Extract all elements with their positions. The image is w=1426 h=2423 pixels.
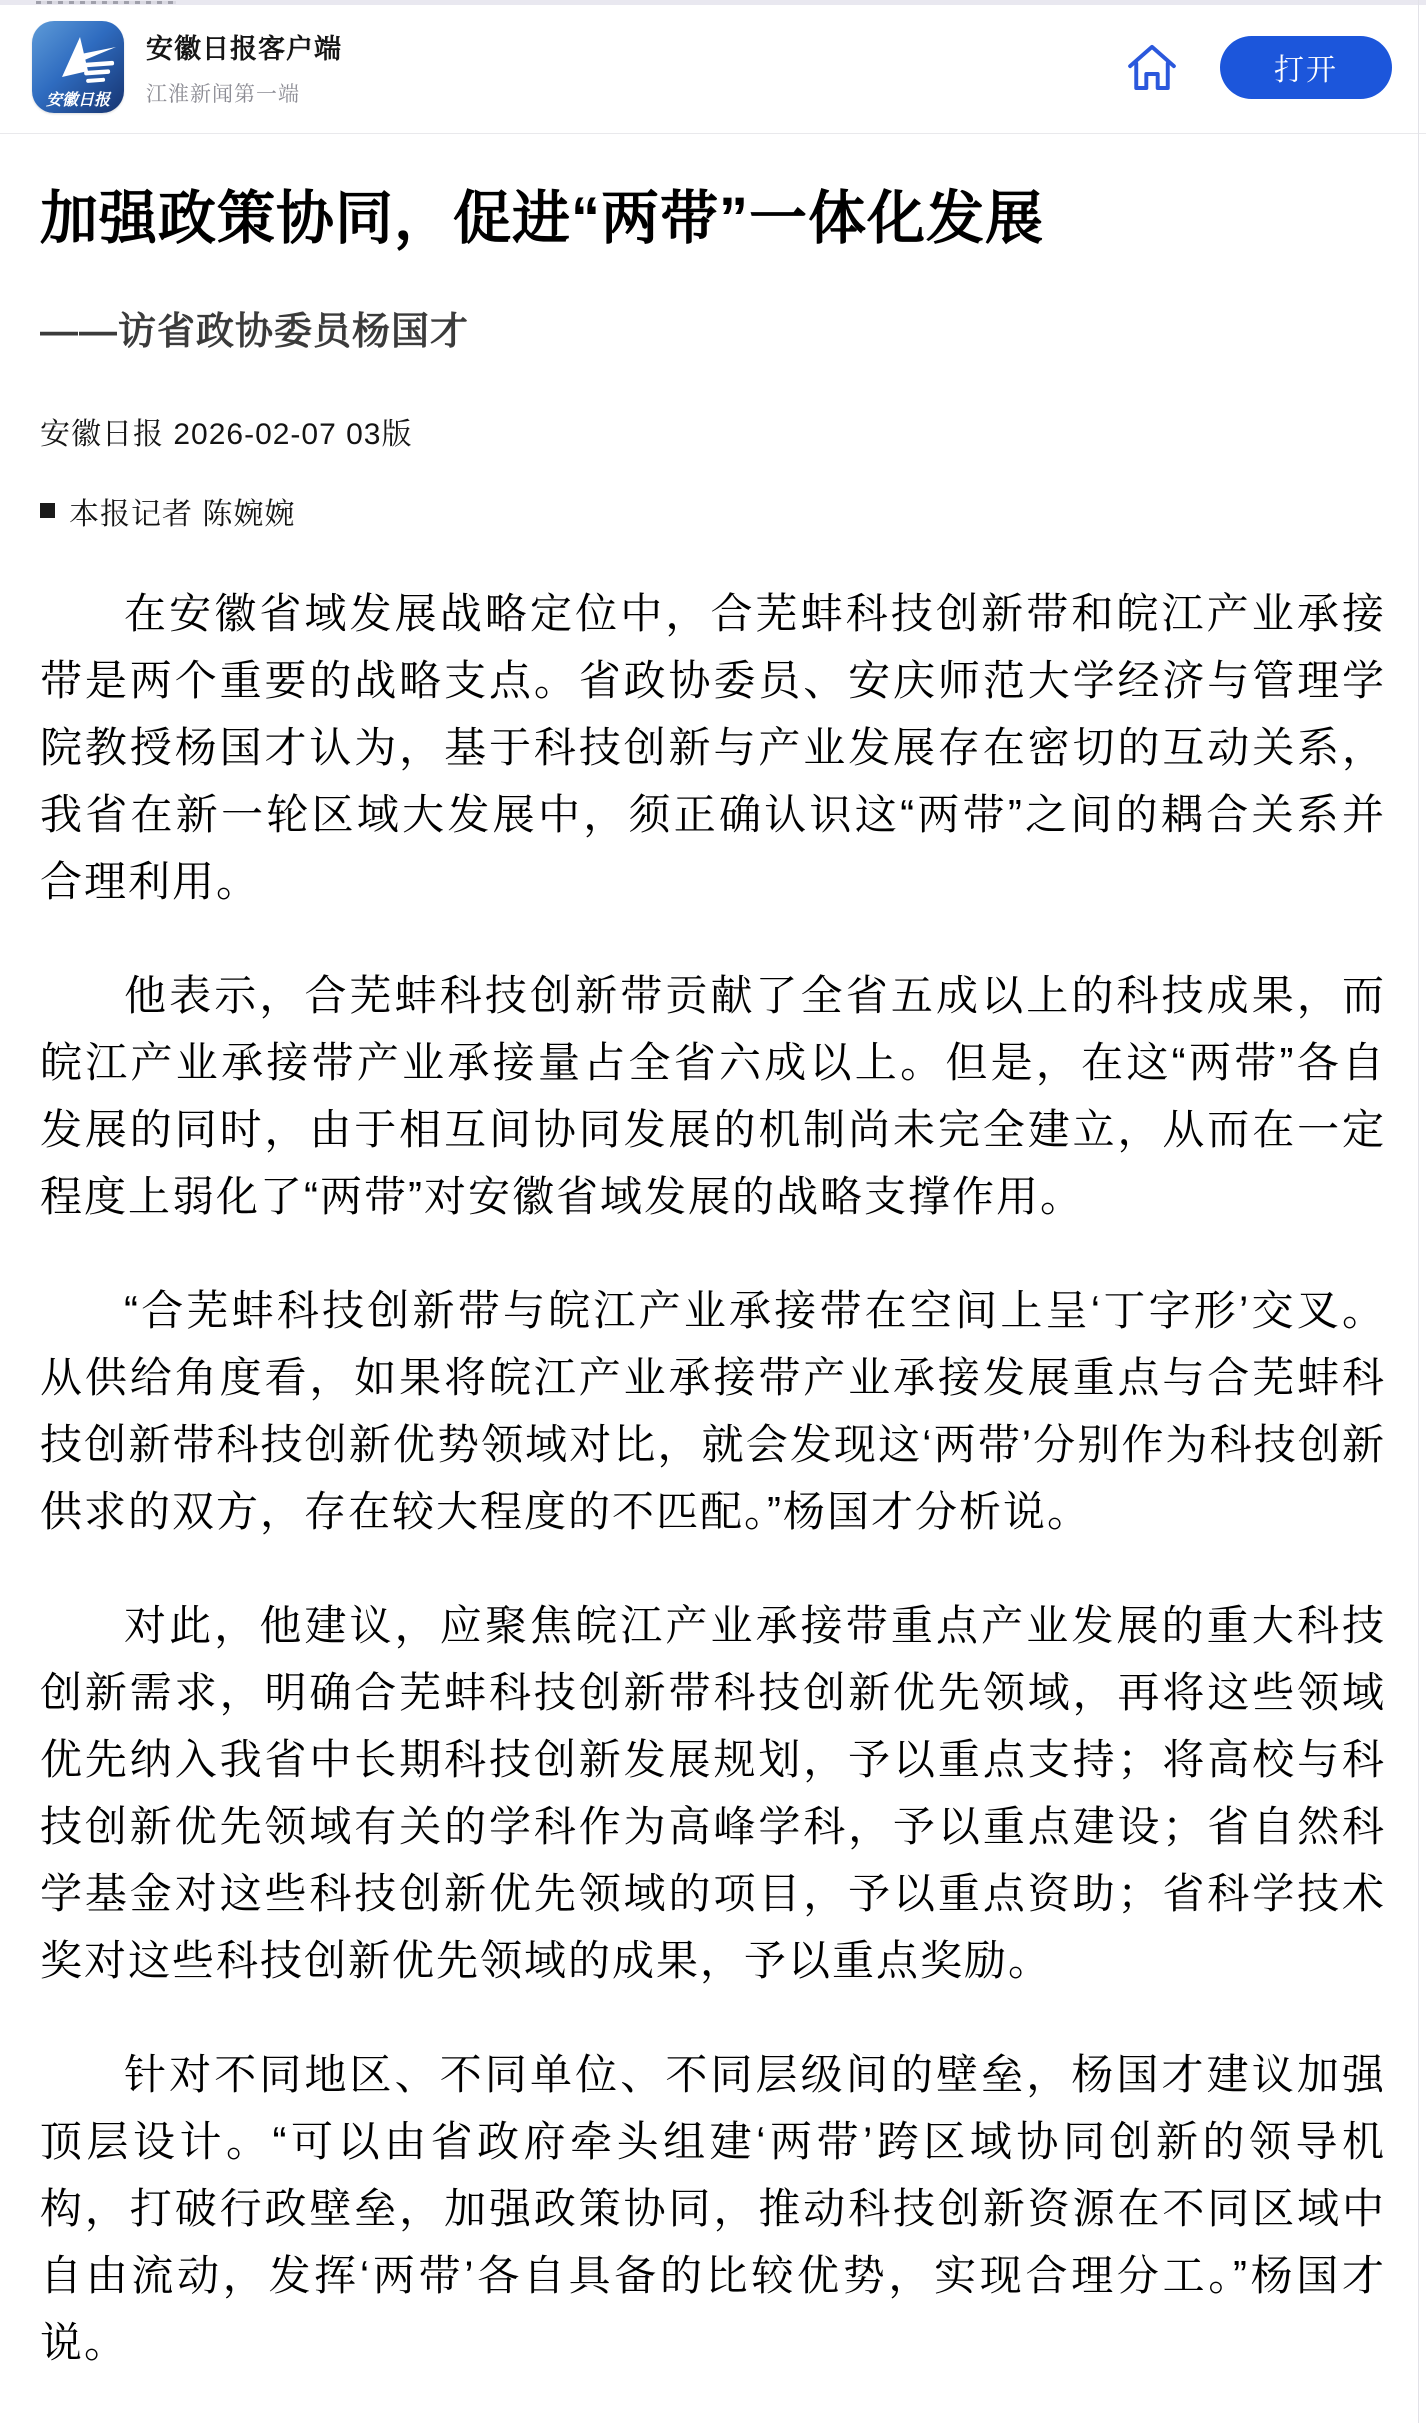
home-icon: [1124, 39, 1180, 95]
paragraph-4: 对此，他建议，应聚焦皖江产业承接带重点产业发展的重大科技创新需求，明确合芜蚌科技…: [40, 1592, 1386, 1994]
article-title: 加强政策协同，促进“两带”一体化发展: [40, 184, 1386, 254]
article-content: 加强政策协同，促进“两带”一体化发展 ——访省政协委员杨国才 安徽日报 2026…: [0, 184, 1426, 2376]
article-subtitle: ——访省政协委员杨国才: [40, 300, 1386, 355]
app-logo-icon[interactable]: 安徽日报: [32, 21, 124, 113]
article-page: 安徽日报 安徽日报客户端 江淮新闻第一端 打开 加强政策协同，促进“两带”一体化…: [0, 0, 1426, 2423]
app-tagline: 江淮新闻第一端: [146, 78, 342, 108]
paragraph-1: 在安徽省域发展战略定位中，合芜蚌科技创新带和皖江产业承接带是两个重要的战略支点。…: [40, 580, 1386, 915]
app-name: 安徽日报客户端: [146, 27, 342, 66]
byline-square-bullet-icon: [40, 503, 55, 518]
article-body: 在安徽省域发展战略定位中，合芜蚌科技创新带和皖江产业承接带是两个重要的战略支点。…: [40, 580, 1386, 2376]
article-meta-line: 安徽日报 2026-02-07 03版: [40, 409, 1386, 453]
article-byline: 本报记者 陈婉婉: [40, 489, 1386, 533]
home-button[interactable]: [1124, 39, 1180, 95]
app-meta: 安徽日报客户端 江淮新闻第一端: [146, 27, 342, 108]
anhui-daily-logo-icon: 安徽日报: [32, 21, 124, 113]
paragraph-5: 针对不同地区、不同单位、不同层级间的壁垒，杨国才建议加强顶层设计。“可以由省政府…: [40, 2041, 1386, 2376]
byline-text: 本报记者 陈婉婉: [69, 489, 295, 533]
open-app-button[interactable]: 打开: [1220, 36, 1392, 99]
app-banner: 安徽日报 安徽日报客户端 江淮新闻第一端 打开: [0, 5, 1426, 134]
browser-chrome-edge: [0, 0, 1426, 5]
svg-text:安徽日报: 安徽日报: [46, 91, 112, 109]
chrome-edge-speckle: [36, 1, 176, 4]
scrollbar-track-edge[interactable]: [1418, 0, 1419, 2423]
paragraph-2: 他表示，合芜蚌科技创新带贡献了全省五成以上的科技成果，而皖江产业承接带产业承接量…: [40, 962, 1386, 1230]
paragraph-3: “合芜蚌科技创新带与皖江产业承接带在空间上呈‘丁字形’交叉。从供给角度看，如果将…: [40, 1277, 1386, 1545]
